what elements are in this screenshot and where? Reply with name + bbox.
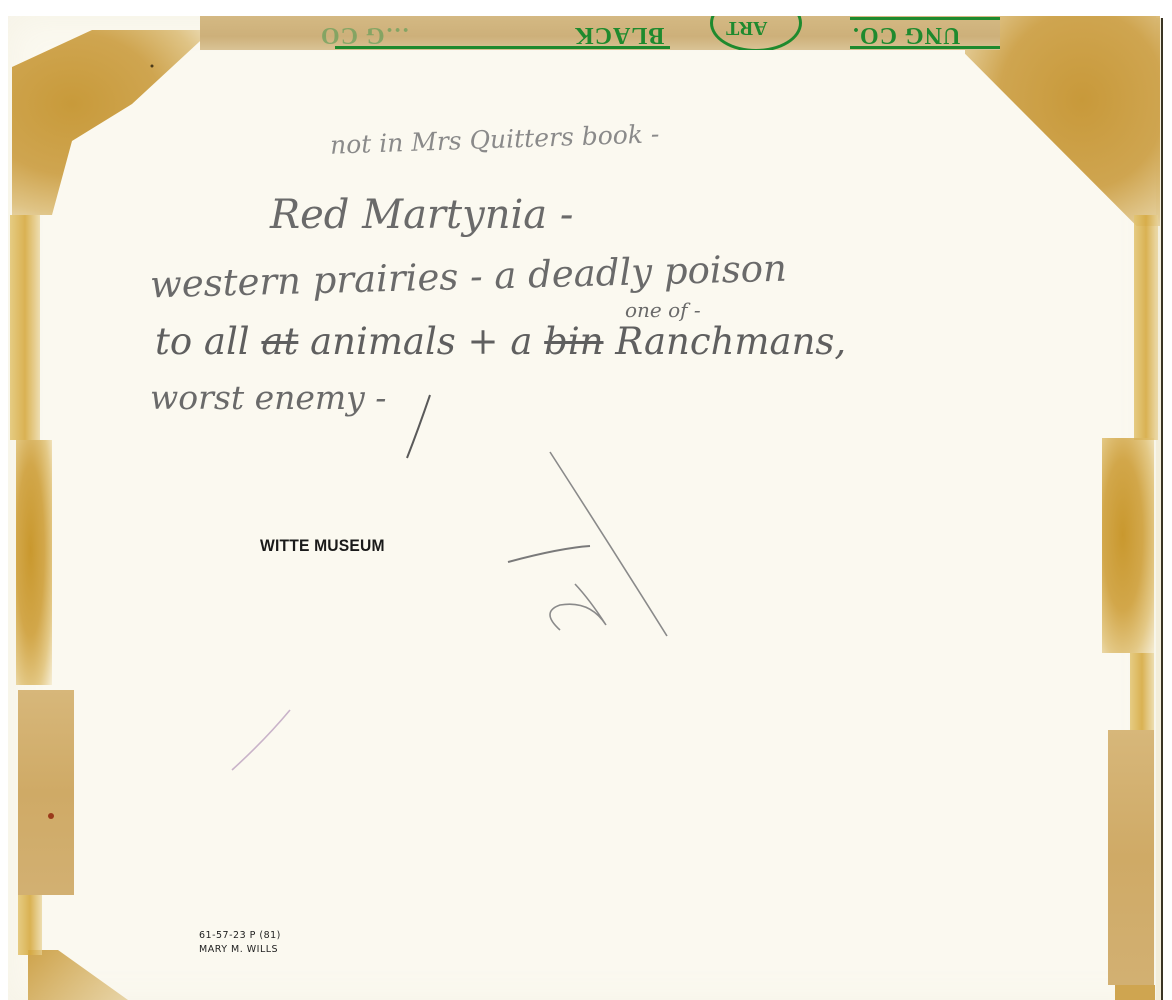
collector-name: MARY M. WILLS bbox=[199, 943, 281, 957]
pencil-strokes bbox=[0, 0, 1172, 1000]
catalog-label: 61-57-23 P (81) MARY M. WILLS bbox=[199, 929, 281, 957]
pencil-mark-diagonal bbox=[550, 452, 667, 636]
catalog-number: 61-57-23 P (81) bbox=[199, 929, 281, 943]
pencil-mark-horizontal bbox=[508, 546, 590, 562]
museum-stamp: WITTE MUSEUM bbox=[260, 536, 385, 556]
pencil-descender-stroke bbox=[407, 395, 430, 458]
stain-dot bbox=[151, 65, 154, 68]
faint-purple-mark bbox=[232, 710, 290, 770]
pencil-mark-curl bbox=[550, 584, 606, 630]
stain-dot bbox=[48, 813, 54, 819]
